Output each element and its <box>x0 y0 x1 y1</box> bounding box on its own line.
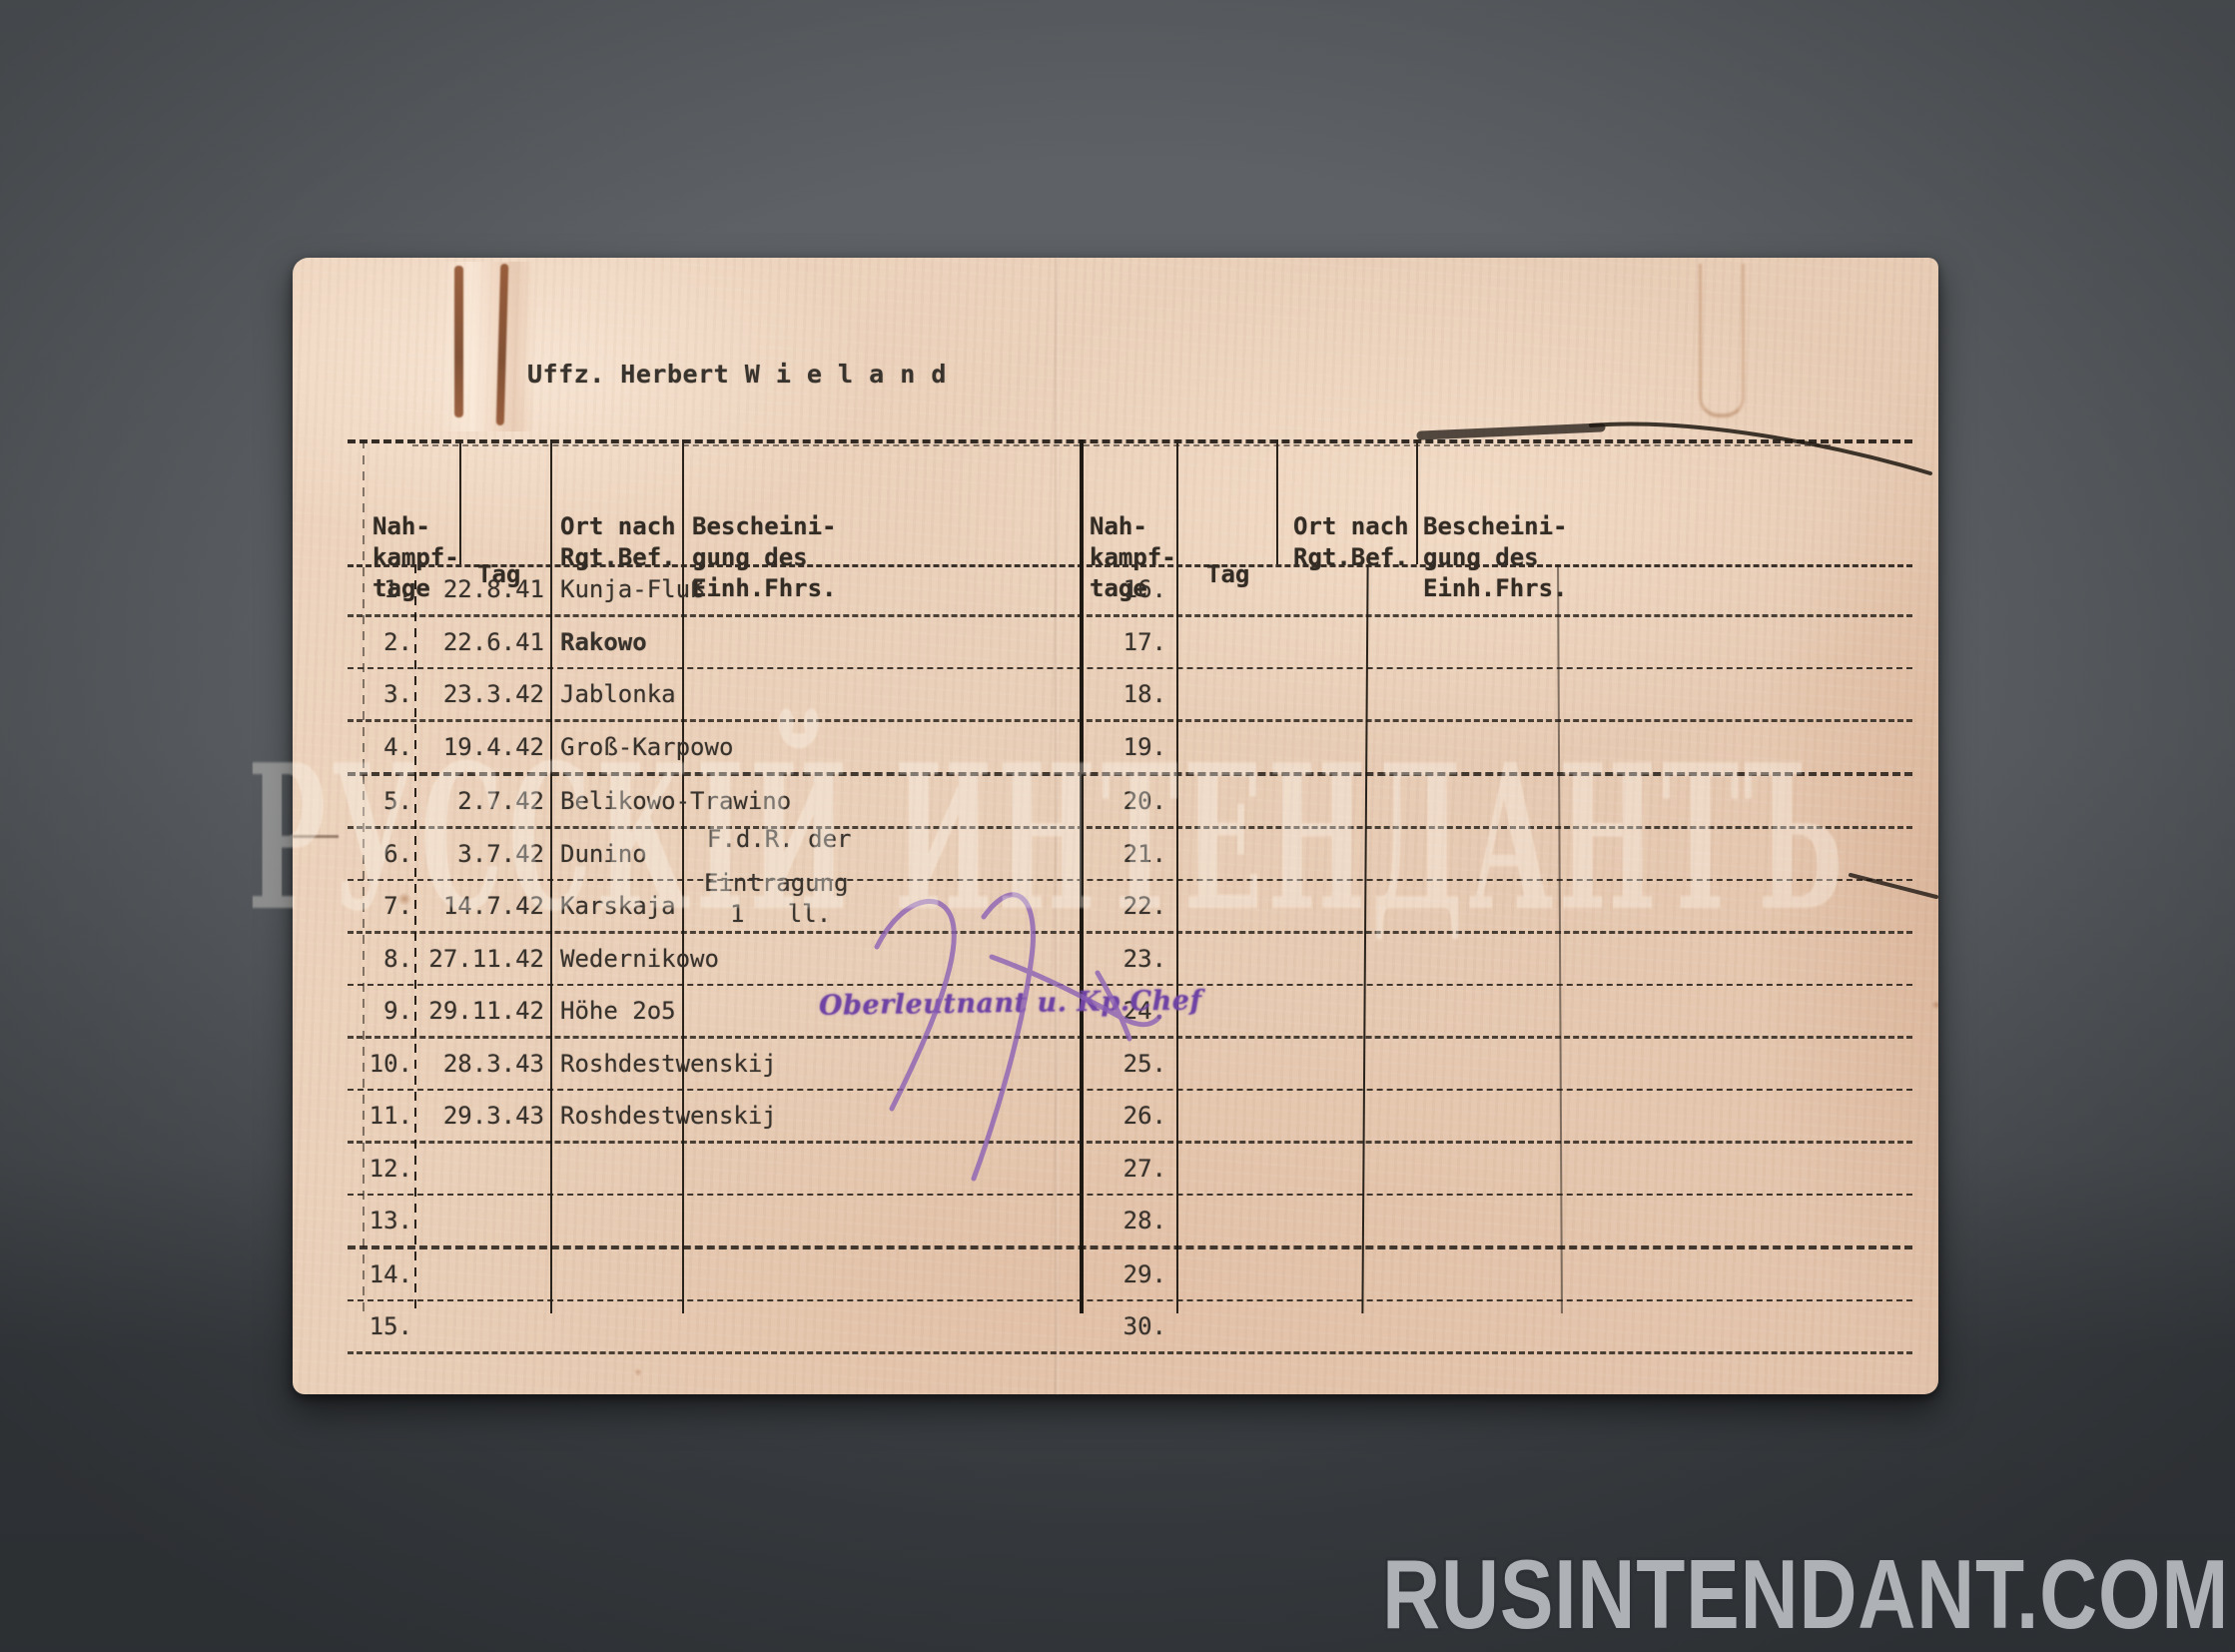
ink-smudge <box>1421 427 1601 435</box>
staple-impression <box>438 262 534 431</box>
ink-stroke <box>1591 424 1930 473</box>
cell-tag: 29.11.42 <box>414 997 544 1025</box>
table-row: 15.30. <box>348 1301 1912 1354</box>
cell-ort: Höhe 2o5 <box>560 997 676 1025</box>
cell-rnum: 27. <box>1087 1155 1166 1183</box>
cell-tag: 22.8.41 <box>414 575 544 603</box>
cell-rnum: 17. <box>1087 628 1166 656</box>
cell-rnum: 30. <box>1087 1312 1166 1340</box>
cell-num: 14. <box>353 1260 412 1288</box>
table-row: 1.22.8.41Kunja-Fluß16. <box>348 564 1912 617</box>
cell-tag: 29.3.43 <box>414 1102 544 1130</box>
cell-tag: 28.3.43 <box>414 1050 544 1078</box>
cell-rnum: 16. <box>1087 575 1166 603</box>
column-rule <box>1276 439 1278 564</box>
cell-ort: Roshdestwenskij <box>560 1102 777 1130</box>
rust-staple-mark <box>454 266 463 417</box>
cell-tag: 23.3.42 <box>414 680 544 708</box>
cell-ort: Kunja-Fluß <box>560 575 705 603</box>
cell-num: 10. <box>353 1050 412 1078</box>
cell-ort: Jablonka <box>560 680 676 708</box>
cell-num: 12. <box>353 1155 412 1183</box>
column-rule <box>1416 439 1418 564</box>
cell-ort: Roshdestwenskij <box>560 1050 777 1078</box>
cell-rnum: 18. <box>1087 680 1166 708</box>
table-row: 11.29.3.43Roshdestwenskij26. <box>348 1091 1912 1144</box>
company-chief-stamp: Oberleutnant u. Kp.Chef <box>819 985 1202 1021</box>
collector-watermark: РУССКІЙ ИНТЕНДАНТЪ <box>248 721 1849 956</box>
table-row: 3.23.3.42Jablonka18. <box>348 669 1912 722</box>
site-watermark: RUSINTENDANT.COM <box>1382 1538 2229 1651</box>
table-body: 1.22.8.41Kunja-Fluß16.2.22.6.41Rakowo17.… <box>348 564 1912 1354</box>
cell-rnum: 25. <box>1087 1050 1166 1078</box>
table-top-rule-smudge <box>412 444 1831 446</box>
cell-rnum: 26. <box>1087 1102 1166 1130</box>
table-row: 10.28.3.43Roshdestwenskij25. <box>348 1039 1912 1091</box>
cell-ort: Rakowo <box>560 628 647 656</box>
cell-num: 1. <box>353 575 412 603</box>
cell-num: 13. <box>353 1207 412 1235</box>
cell-num: 9. <box>353 997 412 1025</box>
table-row: 14.29. <box>348 1249 1912 1301</box>
cell-rnum: 28. <box>1087 1207 1166 1235</box>
cell-rnum: 29. <box>1087 1260 1166 1288</box>
table-row: 12.27. <box>348 1144 1912 1196</box>
table-row: 2.22.6.41Rakowo17. <box>348 617 1912 669</box>
cell-num: 15. <box>353 1312 412 1340</box>
cell-num: 2. <box>353 628 412 656</box>
table-row: 13.28. <box>348 1196 1912 1249</box>
column-rule <box>459 439 461 564</box>
fold-crease-mark <box>1699 264 1745 417</box>
cell-tag: 22.6.41 <box>414 628 544 656</box>
cell-num: 3. <box>353 680 412 708</box>
cell-num: 11. <box>353 1102 412 1130</box>
document-title: Uffz. Herbert W i e l a n d <box>527 360 947 389</box>
table-top-rule <box>348 439 1912 443</box>
